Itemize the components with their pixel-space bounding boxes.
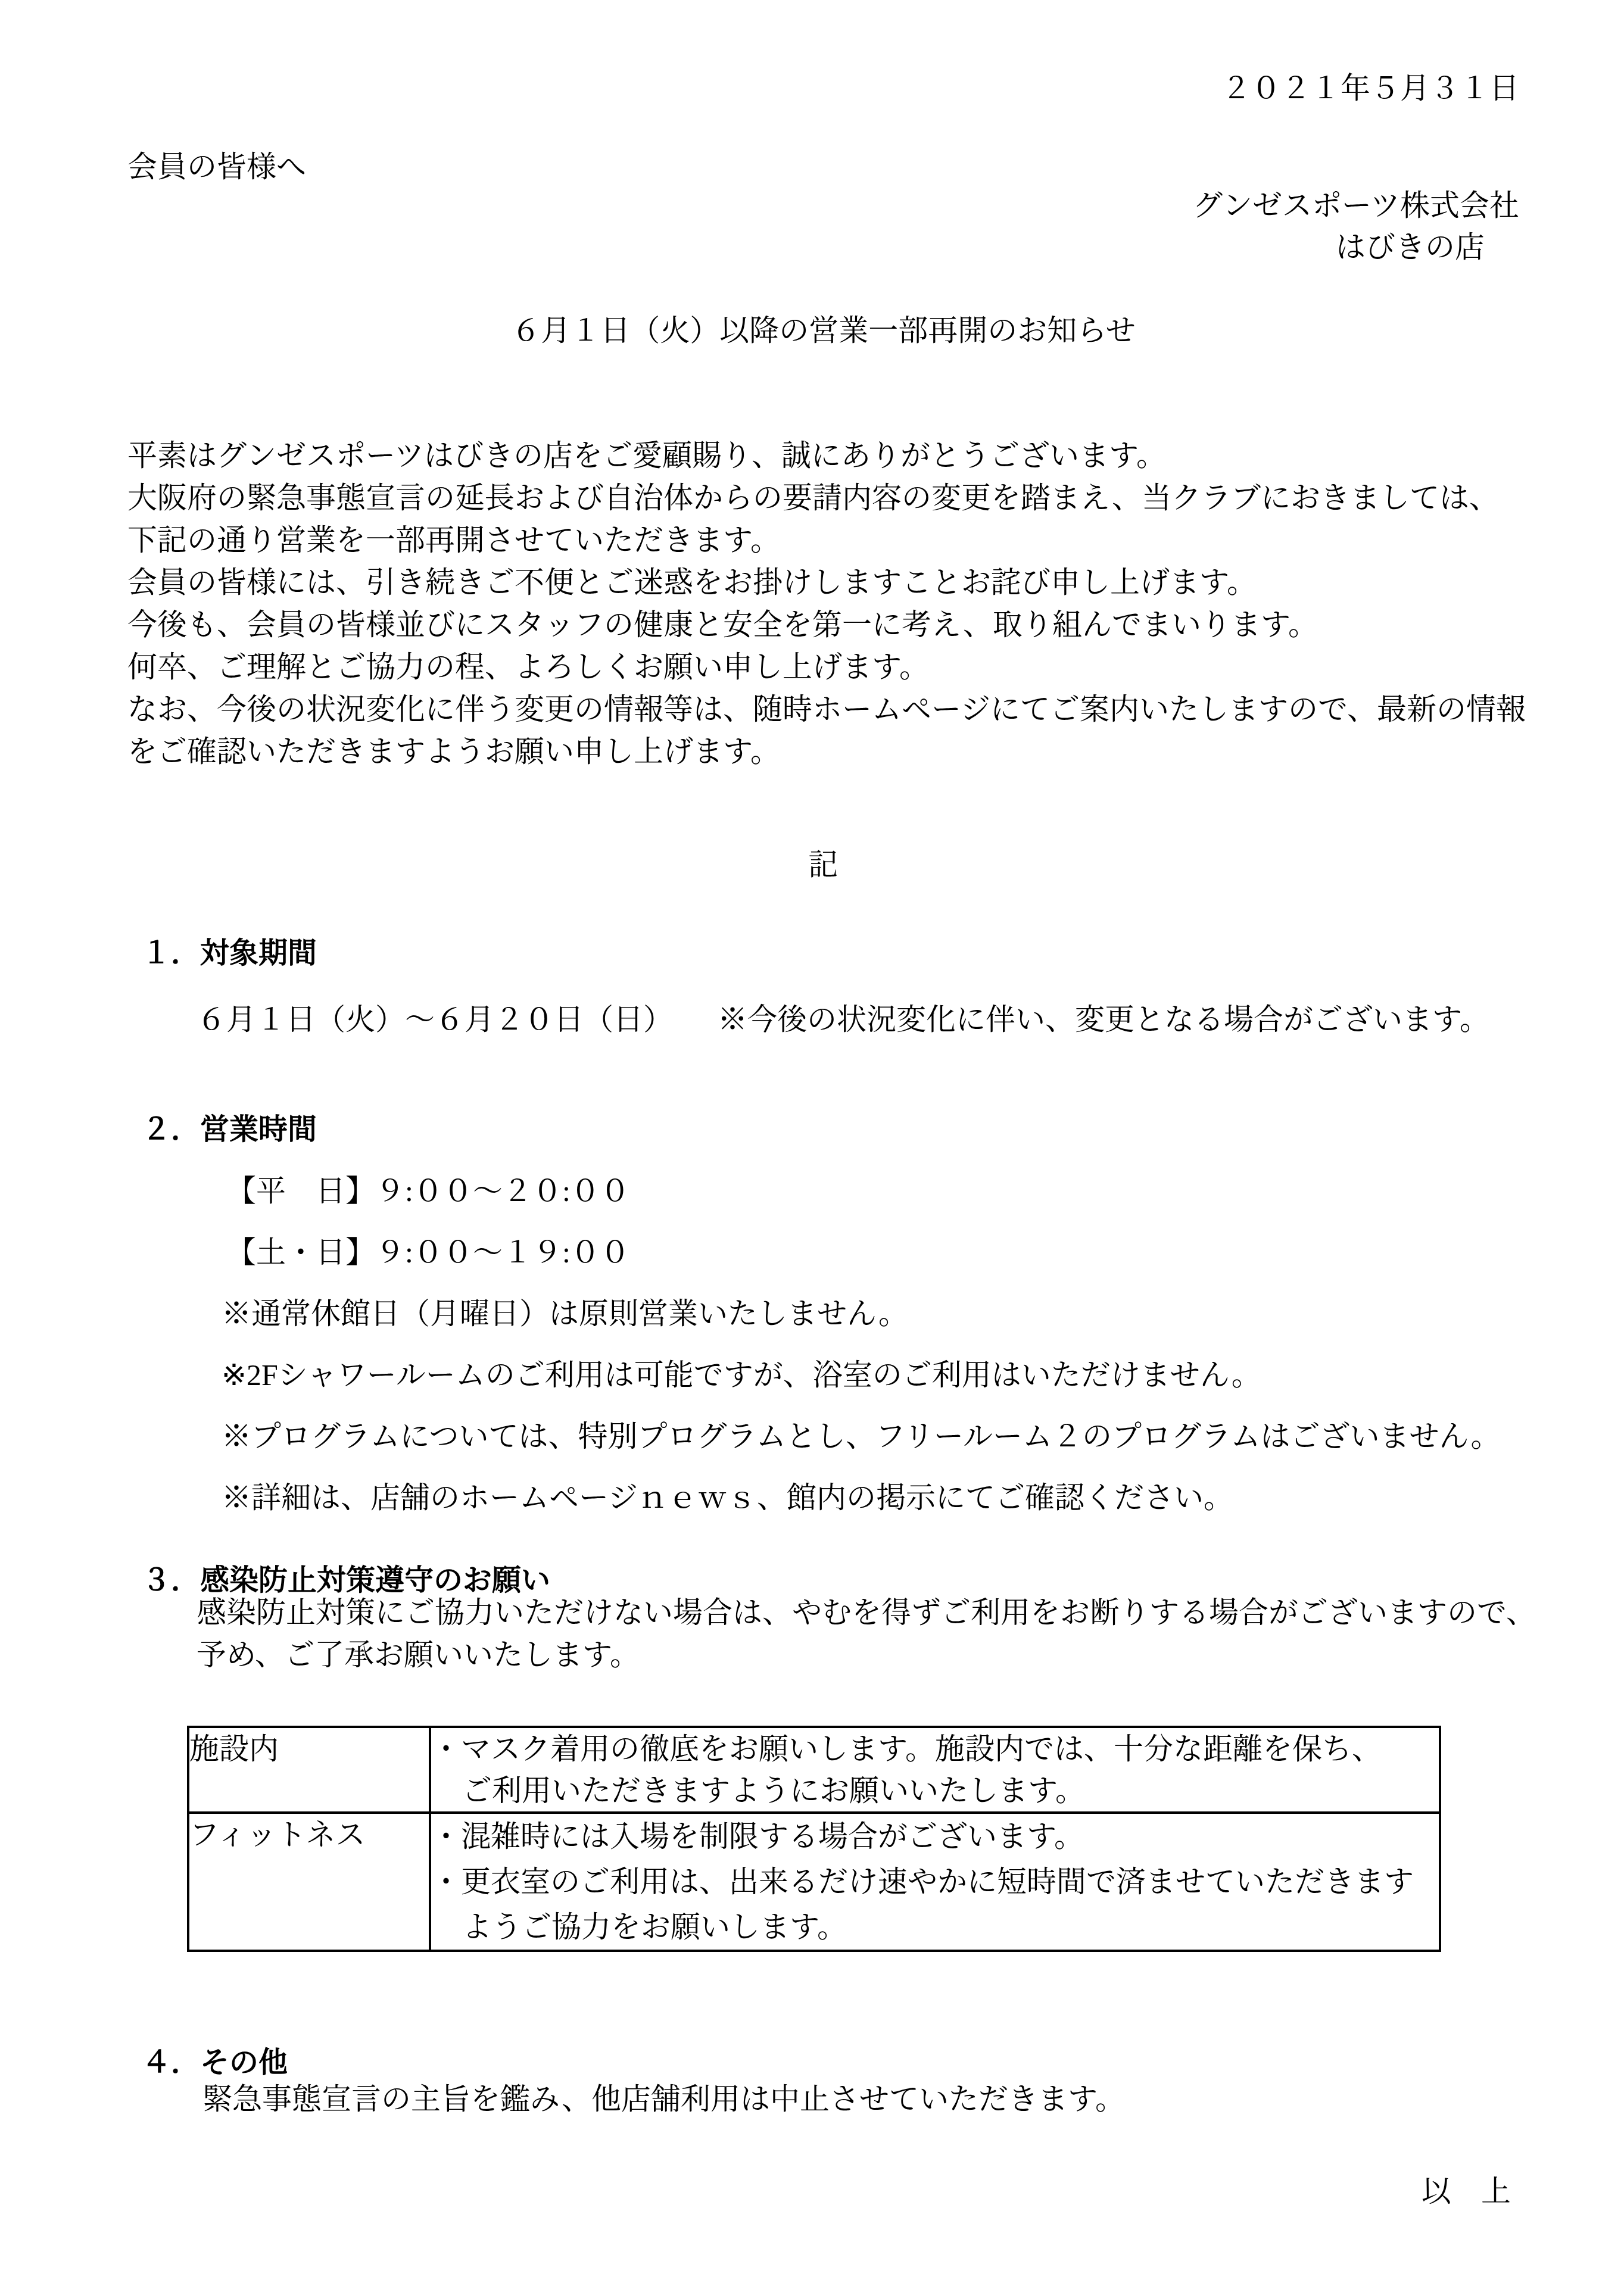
sender-block: グンゼスポーツ株式会社 はびきの店 [1193, 185, 1519, 268]
row-content-facility: ・マスク着用の徹底をお願いします。施設内では、十分な距離を保ち、 ご利用いただき… [430, 1727, 1440, 1813]
section-3-line: 予め、ご了承お願いいたします。 [197, 1634, 1536, 1676]
table-row: フィットネス ・混雑時には入場を制限する場合がございます。 ・更衣室のご利用は、… [188, 1813, 1440, 1951]
intro-line: 平素はグンゼスポーツはびきの店をご愛顧賜り、誠にありがとうございます。 [127, 435, 1526, 477]
note-programs: ※プログラムについては、特別プログラムとし、フリールーム２のプログラムはございま… [222, 1412, 1501, 1474]
section-3-body: 感染防止対策にご協力いただけない場合は、やむを得ずご利用をお断りする場合がござい… [197, 1592, 1536, 1676]
section-2-body: 【平 日】９:００～２０:００ 【土・日】９:００～１９:００ ※通常休館日（月… [222, 1167, 1501, 1535]
intro-line: なお、今後の状況変化に伴う変更の情報等は、随時ホームページにてご案内いたしますの… [127, 688, 1526, 731]
note-details: ※詳細は、店舗のホームページｎｅｗｓ、館内の掲示にてご確認ください。 [222, 1474, 1501, 1535]
note-shower-room: ※2Fシャワールームのご利用は可能ですが、浴室のご利用はいただけません。 [222, 1351, 1501, 1412]
store-name: はびきの店 [1193, 226, 1519, 268]
intro-line: 何卒、ご理解とご協力の程、よろしくお願い申し上げます。 [127, 646, 1526, 688]
table-cell-line: ・混雑時には入場を制限する場合がございます。 [431, 1814, 1439, 1859]
recipient-line: 会員の皆様へ [127, 143, 306, 186]
table-row: 施設内 ・マスク着用の徹底をお願いします。施設内では、十分な距離を保ち、 ご利用… [188, 1727, 1440, 1813]
intro-line: 大阪府の緊急事態宣言の延長および自治体からの要請内容の変更を踏まえ、当クラブにお… [127, 477, 1526, 519]
closing-mark: 以 上 [1422, 2168, 1511, 2210]
table-cell-line: ・マスク着用の徹底をお願いします。施設内では、十分な距離を保ち、 [431, 1728, 1439, 1770]
intro-paragraph: 平素はグンゼスポーツはびきの店をご愛顧賜り、誠にありがとうございます。 大阪府の… [127, 435, 1526, 773]
note-closed-monday: ※通常休館日（月曜日）は原則営業いたしません。 [222, 1290, 1501, 1351]
company-name: グンゼスポーツ株式会社 [1193, 185, 1519, 226]
row-content-fitness: ・混雑時には入場を制限する場合がございます。 ・更衣室のご利用は、出来るだけ速や… [430, 1813, 1440, 1951]
intro-line: 会員の皆様には、引き続きご不便とご迷惑をお掛けしますことお詫び申し上げます。 [127, 562, 1526, 604]
section-2-heading: ２．営業時間 [142, 1106, 317, 1148]
section-3-line: 感染防止対策にご協力いただけない場合は、やむを得ずご利用をお断りする場合がござい… [197, 1592, 1536, 1634]
intro-line: 下記の通り営業を一部再開させていただきます。 [127, 519, 1526, 562]
document-date: ２０２１年５月３１日 [1221, 64, 1519, 107]
hours-weekend-line: 【土・日】９:００～１９:００ [222, 1228, 1501, 1290]
table-cell-line: ・更衣室のご利用は、出来るだけ速やかに短時間で済ませていただきます [431, 1859, 1439, 1904]
notice-document-page: ２０２１年５月３１日 会員の皆様へ グンゼスポーツ株式会社 はびきの店 ６月１日… [0, 0, 1624, 2289]
intro-line: をご確認いただきますようお願い申し上げます。 [127, 731, 1526, 773]
hours-weekday-line: 【平 日】９:００～２０:００ [222, 1167, 1501, 1228]
table-cell-line: ようご協力をお願いします。 [431, 1904, 1439, 1950]
ki-separator: 記 [127, 841, 1519, 884]
row-label-facility: 施設内 [188, 1727, 430, 1813]
notice-title: ６月１日（火）以降の営業一部再開のお知らせ [127, 307, 1519, 350]
precaution-table: 施設内 ・マスク着用の徹底をお願いします。施設内では、十分な距離を保ち、 ご利用… [187, 1726, 1441, 1952]
section-4-body: 緊急事態宣言の主旨を鑑み、他店舗利用は中止させていただきます。 [202, 2075, 1125, 2118]
section-1-heading: １．対象期間 [142, 930, 317, 972]
row-label-fitness: フィットネス [188, 1813, 430, 1951]
table-cell-line: ご利用いただきますようにお願いいたします。 [431, 1770, 1439, 1811]
intro-line: 今後も、会員の皆様並びにスタッフの健康と安全を第一に考え、取り組んでまいります。 [127, 604, 1526, 646]
section-1-body: ６月１日（火）～６月２０日（日） ※今後の状況変化に伴い、変更となる場合がござい… [197, 996, 1489, 1039]
